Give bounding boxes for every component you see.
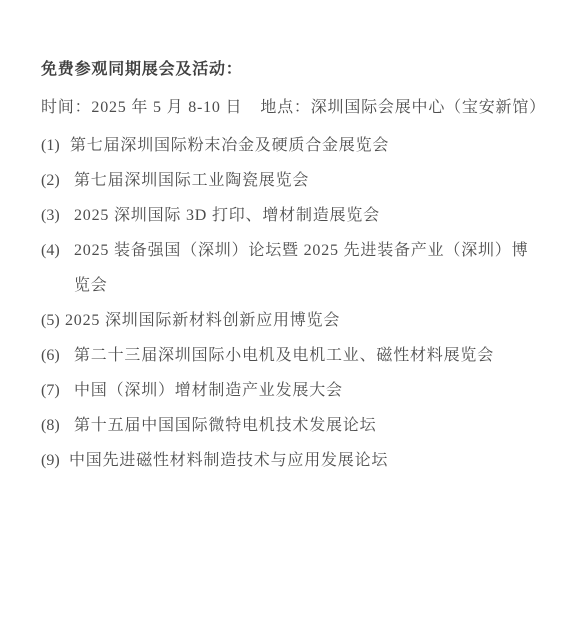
- item-text: 第七届深圳国际粉末冶金及硬质合金展览会: [70, 128, 541, 163]
- item-number: (5): [41, 303, 63, 338]
- item-number: (7): [41, 373, 63, 408]
- item-number: (1): [41, 128, 63, 163]
- list-item: (4) 2025 装备强国（深圳）论坛暨 2025 先进装备产业（深圳）博览会: [41, 233, 541, 303]
- item-number: (4): [41, 233, 63, 268]
- item-number: (6): [41, 338, 63, 373]
- section-heading: 免费参观同期展会及活动：: [41, 52, 541, 87]
- item-number: (8): [41, 408, 63, 443]
- item-text: 2025 装备强国（深圳）论坛暨 2025 先进装备产业（深圳）博览会: [74, 233, 541, 303]
- item-text: 中国先进磁性材料制造技术与应用发展论坛: [69, 443, 541, 478]
- list-item: (8) 第十五届中国国际微特电机技术发展论坛: [41, 408, 541, 443]
- list-item: (7) 中国（深圳）增材制造产业发展大会: [41, 373, 541, 408]
- list-item: (2) 第七届深圳国际工业陶瓷展览会: [41, 163, 541, 198]
- list-item: (9) 中国先进磁性材料制造技术与应用发展论坛: [41, 443, 541, 478]
- list-item: (6) 第二十三届深圳国际小电机及电机工业、磁性材料展览会: [41, 338, 541, 373]
- item-text: 2025 深圳国际 3D 打印、增材制造展览会: [74, 198, 541, 233]
- list-item: (5) 2025 深圳国际新材料创新应用博览会: [41, 303, 541, 338]
- event-time-text: 时间：2025 年 5 月 8-10 日: [41, 99, 242, 116]
- document-page: 免费参观同期展会及活动： 时间：2025 年 5 月 8-10 日地点：深圳国际…: [0, 0, 581, 643]
- item-number: (2): [41, 163, 63, 198]
- item-text: 第二十三届深圳国际小电机及电机工业、磁性材料展览会: [74, 338, 541, 373]
- item-text: 2025 深圳国际新材料创新应用博览会: [65, 303, 541, 338]
- item-text: 中国（深圳）增材制造产业发展大会: [74, 373, 541, 408]
- exhibition-list: (1) 第七届深圳国际粉末冶金及硬质合金展览会 (2) 第七届深圳国际工业陶瓷展…: [41, 128, 541, 478]
- event-location-text: 地点：深圳国际会展中心（宝安新馆）: [260, 99, 546, 116]
- item-text: 第十五届中国国际微特电机技术发展论坛: [74, 408, 541, 443]
- document-content: 免费参观同期展会及活动： 时间：2025 年 5 月 8-10 日地点：深圳国际…: [0, 0, 581, 478]
- item-number: (3): [41, 198, 63, 233]
- item-number: (9): [41, 443, 63, 478]
- schedule-line: 时间：2025 年 5 月 8-10 日地点：深圳国际会展中心（宝安新馆）: [41, 90, 541, 125]
- item-text: 第七届深圳国际工业陶瓷展览会: [74, 163, 541, 198]
- list-item: (3) 2025 深圳国际 3D 打印、增材制造展览会: [41, 198, 541, 233]
- list-item: (1) 第七届深圳国际粉末冶金及硬质合金展览会: [41, 128, 541, 163]
